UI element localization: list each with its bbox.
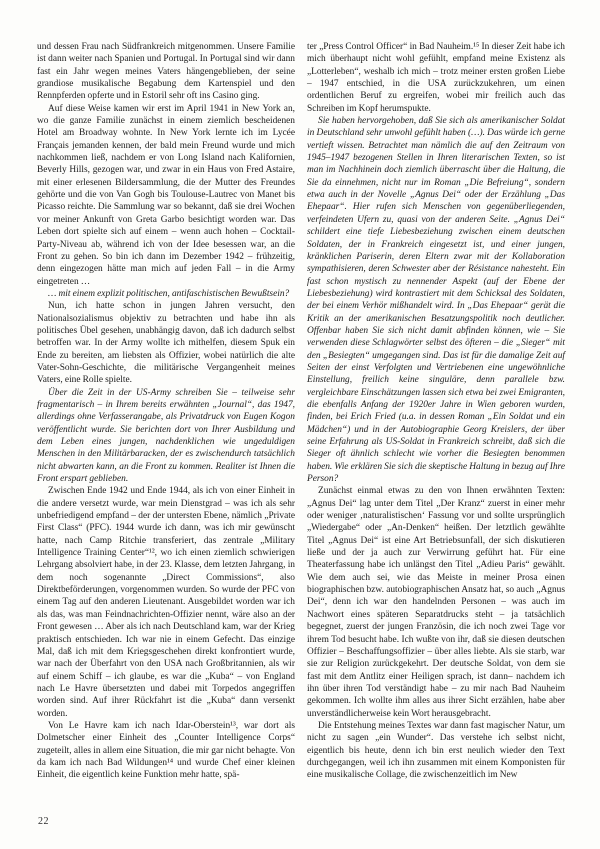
interview-question: … mit einem explizit politischen, antifa… bbox=[37, 288, 295, 300]
interview-answer: Nun, ich hatte schon in jungen Jahren ve… bbox=[37, 300, 295, 386]
left-column: und dessen Frau nach Südfrankreich mitge… bbox=[37, 41, 295, 782]
page-number: 22 bbox=[38, 816, 49, 827]
interview-question: Über die Zeit in der US-Army schreiben S… bbox=[37, 387, 295, 486]
interview-answer: Zwischen Ende 1942 und Ende 1944, als ic… bbox=[37, 485, 295, 720]
interview-answer: Zunächst einmal etwas zu den von Ihnen e… bbox=[307, 485, 565, 720]
interview-answer: Von Le Havre kam ich nach Idar-Oberstein… bbox=[37, 720, 295, 782]
interview-answer: Die Entstehung meines Textes war dann fa… bbox=[307, 720, 565, 782]
interview-question: Sie haben hervorgehoben, daß Sie sich al… bbox=[307, 115, 565, 485]
right-column: ter „Press Control Officer“ in Bad Nauhe… bbox=[307, 41, 565, 782]
paragraph-continuation: ter „Press Control Officer“ in Bad Nauhe… bbox=[307, 41, 565, 115]
book-page: und dessen Frau nach Südfrankreich mitge… bbox=[0, 0, 600, 849]
interview-answer: Auf diese Weise kamen wir erst im April … bbox=[37, 103, 295, 288]
text-columns: und dessen Frau nach Südfrankreich mitge… bbox=[37, 41, 565, 782]
paragraph-continuation: und dessen Frau nach Südfrankreich mitge… bbox=[37, 41, 295, 103]
